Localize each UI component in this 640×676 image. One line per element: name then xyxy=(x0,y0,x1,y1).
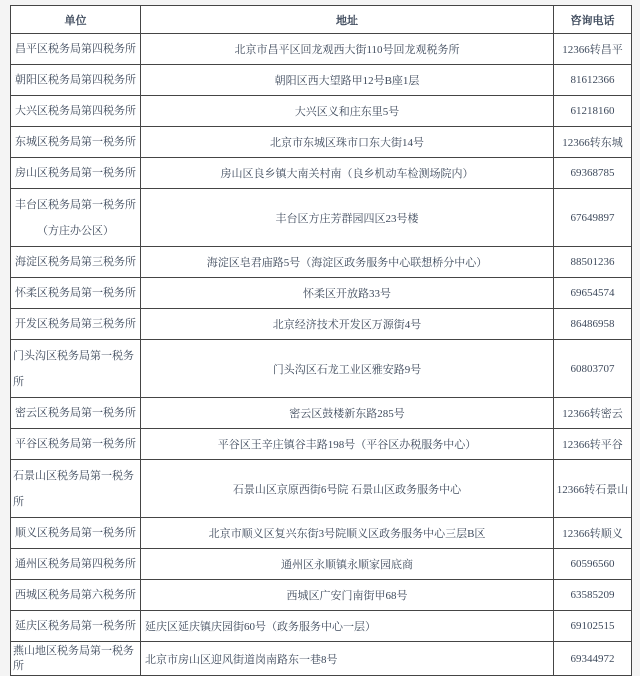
phone-cell: 86486958 xyxy=(554,309,632,340)
address-cell: 北京经济技术开发区万源街4号 xyxy=(141,309,554,340)
address-cell: 密云区鼓楼新东路285号 xyxy=(141,398,554,429)
unit-cell: 门头沟区税务局第一税务所 xyxy=(11,340,141,398)
table-row: 西城区税务局第六税务所西城区广安门南街甲68号63585209 xyxy=(11,580,632,611)
phone-cell: 12366转密云 xyxy=(554,398,632,429)
unit-line: 昌平区税务局第四税务所 xyxy=(13,42,138,57)
table-row: 门头沟区税务局第一税务所门头沟区石龙工业区雅安路9号60803707 xyxy=(11,340,632,398)
phone-cell: 12366转顺义 xyxy=(554,518,632,549)
table-row: 顺义区税务局第一税务所北京市顺义区复兴东街3号院顺义区政务服务中心三层B区123… xyxy=(11,518,632,549)
address-cell: 平谷区王辛庄镇谷丰路198号（平谷区办税服务中心） xyxy=(141,429,554,460)
table-row: 通州区税务局第四税务所通州区永顺镇永顺家园底商60596560 xyxy=(11,549,632,580)
tax-office-table-container: 单位 地址 咨询电话 昌平区税务局第四税务所北京市昌平区回龙观西大街110号回龙… xyxy=(10,5,632,676)
unit-line: 开发区税务局第三税务所 xyxy=(13,317,138,332)
table-row: 大兴区税务局第四税务所大兴区义和庄东里5号61218160 xyxy=(11,96,632,127)
unit-line: 延庆区税务局第一税务所 xyxy=(13,619,138,634)
unit-line: 门头沟区税务局第一税务 xyxy=(13,343,138,369)
phone-cell: 69102515 xyxy=(554,611,632,642)
unit-cell: 开发区税务局第三税务所 xyxy=(11,309,141,340)
unit-line: 西城区税务局第六税务所 xyxy=(13,588,138,603)
unit-cell: 怀柔区税务局第一税务所 xyxy=(11,278,141,309)
unit-cell: 海淀区税务局第三税务所 xyxy=(11,247,141,278)
table-row: 平谷区税务局第一税务所平谷区王辛庄镇谷丰路198号（平谷区办税服务中心）1236… xyxy=(11,429,632,460)
phone-cell: 12366转东城 xyxy=(554,127,632,158)
unit-cell: 朝阳区税务局第四税务所 xyxy=(11,65,141,96)
address-cell: 北京市房山区迎风街道岗南路东一巷8号 xyxy=(141,642,554,676)
unit-line: 平谷区税务局第一税务所 xyxy=(13,437,138,452)
phone-cell: 60803707 xyxy=(554,340,632,398)
unit-line: 房山区税务局第一税务所 xyxy=(13,166,138,181)
address-cell: 朝阳区西大望路甲12号B座1层 xyxy=(141,65,554,96)
unit-line: 所 xyxy=(13,489,138,515)
unit-line: （方庄办公区） xyxy=(13,218,138,244)
table-body: 昌平区税务局第四税务所北京市昌平区回龙观西大街110号回龙观税务所12366转昌… xyxy=(11,34,632,676)
unit-line: 大兴区税务局第四税务所 xyxy=(13,104,138,119)
unit-line: 密云区税务局第一税务所 xyxy=(13,406,138,421)
unit-cell: 大兴区税务局第四税务所 xyxy=(11,96,141,127)
table-row: 昌平区税务局第四税务所北京市昌平区回龙观西大街110号回龙观税务所12366转昌… xyxy=(11,34,632,65)
table-row: 怀柔区税务局第一税务所怀柔区开放路33号69654574 xyxy=(11,278,632,309)
phone-cell: 67649897 xyxy=(554,189,632,247)
table-row: 石景山区税务局第一税务所石景山区京原西街6号院 石景山区政务服务中心12366转… xyxy=(11,460,632,518)
header-unit: 单位 xyxy=(11,6,141,34)
phone-cell: 12366转昌平 xyxy=(554,34,632,65)
unit-cell: 东城区税务局第一税务所 xyxy=(11,127,141,158)
unit-line: 朝阳区税务局第四税务所 xyxy=(13,73,138,88)
address-cell: 北京市东城区珠市口东大街14号 xyxy=(141,127,554,158)
phone-cell: 81612366 xyxy=(554,65,632,96)
unit-cell: 平谷区税务局第一税务所 xyxy=(11,429,141,460)
address-cell: 石景山区京原西街6号院 石景山区政务服务中心 xyxy=(141,460,554,518)
unit-line: 怀柔区税务局第一税务所 xyxy=(13,286,138,301)
address-cell: 海淀区皂君庙路5号（海淀区政务服务中心联想桥分中心） xyxy=(141,247,554,278)
phone-cell: 61218160 xyxy=(554,96,632,127)
address-cell: 房山区良乡镇大南关村南（良乡机动车检测场院内） xyxy=(141,158,554,189)
table-row: 延庆区税务局第一税务所延庆区延庆镇庆园街60号（政务服务中心一层）6910251… xyxy=(11,611,632,642)
unit-line: 所 xyxy=(13,659,138,674)
unit-line: 顺义区税务局第一税务所 xyxy=(13,526,138,541)
address-cell: 门头沟区石龙工业区雅安路9号 xyxy=(141,340,554,398)
unit-cell: 西城区税务局第六税务所 xyxy=(11,580,141,611)
phone-cell: 63585209 xyxy=(554,580,632,611)
table-row: 东城区税务局第一税务所北京市东城区珠市口东大街14号12366转东城 xyxy=(11,127,632,158)
phone-cell: 12366转平谷 xyxy=(554,429,632,460)
address-cell: 大兴区义和庄东里5号 xyxy=(141,96,554,127)
unit-cell: 房山区税务局第一税务所 xyxy=(11,158,141,189)
header-address: 地址 xyxy=(141,6,554,34)
unit-line: 所 xyxy=(13,369,138,395)
address-cell: 通州区永顺镇永顺家园底商 xyxy=(141,549,554,580)
table-row: 燕山地区税务局第一税务所北京市房山区迎风街道岗南路东一巷8号69344972 xyxy=(11,642,632,676)
unit-line: 东城区税务局第一税务所 xyxy=(13,135,138,150)
address-cell: 丰台区方庄芳群园四区23号楼 xyxy=(141,189,554,247)
unit-cell: 顺义区税务局第一税务所 xyxy=(11,518,141,549)
table-row: 开发区税务局第三税务所北京经济技术开发区万源街4号86486958 xyxy=(11,309,632,340)
phone-cell: 69344972 xyxy=(554,642,632,676)
table-row: 朝阳区税务局第四税务所朝阳区西大望路甲12号B座1层81612366 xyxy=(11,65,632,96)
unit-cell: 通州区税务局第四税务所 xyxy=(11,549,141,580)
header-row: 单位 地址 咨询电话 xyxy=(11,6,632,34)
phone-cell: 60596560 xyxy=(554,549,632,580)
address-cell: 延庆区延庆镇庆园街60号（政务服务中心一层） xyxy=(141,611,554,642)
unit-line: 通州区税务局第四税务所 xyxy=(13,557,138,572)
header-phone: 咨询电话 xyxy=(554,6,632,34)
unit-cell: 延庆区税务局第一税务所 xyxy=(11,611,141,642)
table-row: 丰台区税务局第一税务所（方庄办公区）丰台区方庄芳群园四区23号楼67649897 xyxy=(11,189,632,247)
table-row: 海淀区税务局第三税务所海淀区皂君庙路5号（海淀区政务服务中心联想桥分中心）885… xyxy=(11,247,632,278)
unit-cell: 昌平区税务局第四税务所 xyxy=(11,34,141,65)
table-row: 密云区税务局第一税务所密云区鼓楼新东路285号12366转密云 xyxy=(11,398,632,429)
phone-cell: 88501236 xyxy=(554,247,632,278)
phone-cell: 69654574 xyxy=(554,278,632,309)
phone-cell: 69368785 xyxy=(554,158,632,189)
address-cell: 北京市顺义区复兴东街3号院顺义区政务服务中心三层B区 xyxy=(141,518,554,549)
address-cell: 北京市昌平区回龙观西大街110号回龙观税务所 xyxy=(141,34,554,65)
unit-cell: 燕山地区税务局第一税务所 xyxy=(11,642,141,676)
address-cell: 怀柔区开放路33号 xyxy=(141,278,554,309)
address-cell: 西城区广安门南街甲68号 xyxy=(141,580,554,611)
unit-line: 丰台区税务局第一税务所 xyxy=(13,192,138,218)
table-row: 房山区税务局第一税务所房山区良乡镇大南关村南（良乡机动车检测场院内）693687… xyxy=(11,158,632,189)
unit-line: 海淀区税务局第三税务所 xyxy=(13,255,138,270)
unit-line: 石景山区税务局第一税务 xyxy=(13,463,138,489)
unit-line: 燕山地区税务局第一税务 xyxy=(13,644,138,659)
unit-cell: 丰台区税务局第一税务所（方庄办公区） xyxy=(11,189,141,247)
tax-office-table: 单位 地址 咨询电话 昌平区税务局第四税务所北京市昌平区回龙观西大街110号回龙… xyxy=(10,5,632,676)
unit-cell: 石景山区税务局第一税务所 xyxy=(11,460,141,518)
table-header: 单位 地址 咨询电话 xyxy=(11,6,632,34)
phone-cell: 12366转石景山 xyxy=(554,460,632,518)
unit-cell: 密云区税务局第一税务所 xyxy=(11,398,141,429)
